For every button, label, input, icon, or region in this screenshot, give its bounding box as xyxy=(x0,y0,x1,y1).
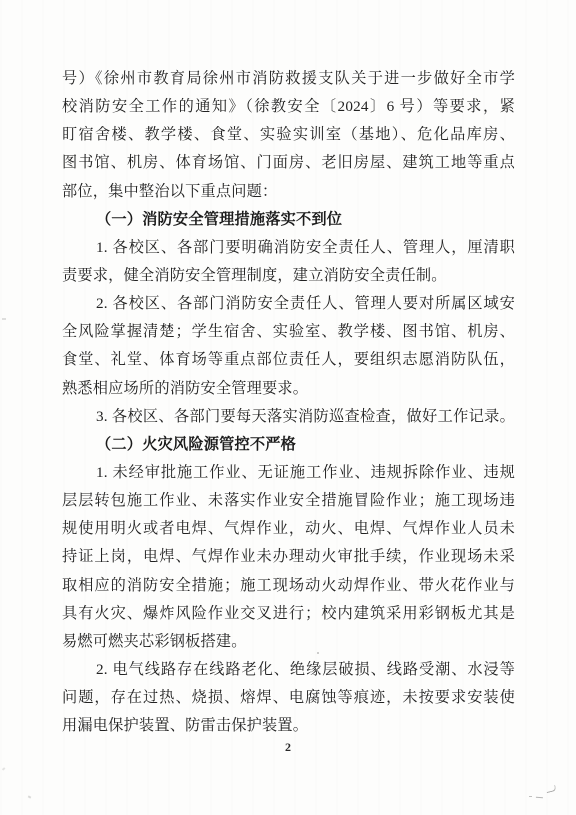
scan-artifact-squiggle xyxy=(536,795,543,798)
document-line: 具有火灾、爆炸风险作业交叉进行；校内建筑采用彩钢板尤其是 xyxy=(62,600,515,628)
document-line: 校消防安全工作的通知》（徐教安全〔2024〕6 号）等要求，紧 xyxy=(62,93,515,121)
document-line: 用漏电保护装置、防雷击保护装置。 xyxy=(62,712,515,740)
scan-artifact-speck xyxy=(28,795,32,798)
document-line: 熟悉相应场所的消防安全管理要求。 xyxy=(62,375,515,403)
document-line: 2. 电气线路存在线路老化、绝缘层破损、线路受潮、水浸等 xyxy=(62,656,515,684)
document-line: 2. 各校区、各部门消防安全责任人、管理人要对所属区域安 xyxy=(62,290,515,318)
document-line: 食堂、礼堂、体育场等重点部位责任人，要组织志愿消防队伍， xyxy=(62,346,515,374)
section-heading: （一）消防安全管理措施落实不到位 xyxy=(62,206,515,234)
scan-artifact-squiggle xyxy=(545,785,556,793)
document-line: 1. 各校区、各部门要明确消防安全责任人、管理人，厘清职 xyxy=(62,234,515,262)
document-line: 责要求，健全消防安全管理制度，建立消防安全责任制。 xyxy=(62,262,515,290)
scan-artifact-speck xyxy=(2,318,6,320)
document-line: 部位，集中整治以下重点问题： xyxy=(62,178,515,206)
document-line: 图书馆、机房、体育场馆、门面房、老旧房屋、建筑工地等重点 xyxy=(62,149,515,177)
document-body: 号）《徐州市教育局徐州市消防救援支队关于进一步做好全市学校消防安全工作的通知》（… xyxy=(62,65,515,740)
document-line: 持证上岗，电焊、气焊作业未办理动火审批手续，作业现场未采 xyxy=(62,543,515,571)
section-heading: （二）火灾风险源管控不严格 xyxy=(62,431,515,459)
scan-artifact-squiggle xyxy=(529,794,532,797)
document-line: 层层转包施工作业、未落实作业安全措施冒险作业；施工现场违 xyxy=(62,487,515,515)
document-line: 规使用明火或者电焊、气焊作业，动火、电焊、气焊作业人员未 xyxy=(62,515,515,543)
page-number: 2 xyxy=(0,740,576,755)
document-line: 取相应的消防安全措施；施工现场动火动焊作业、带火花作业与 xyxy=(62,572,515,600)
document-line: 全风险掌握清楚；学生宿舍、实验室、教学楼、图书馆、机房、 xyxy=(62,318,515,346)
document-line: 号）《徐州市教育局徐州市消防救援支队关于进一步做好全市学 xyxy=(62,65,515,93)
document-line: 易燃可燃夹芯彩钢板搭建。 xyxy=(62,628,515,656)
scan-artifact-speck xyxy=(2,767,5,770)
document-line: 3. 各校区、各部门要每天落实消防巡查检查，做好工作记录。 xyxy=(62,403,515,431)
document-line: 1. 未经审批施工作业、无证施工作业、违规拆除作业、违规 xyxy=(62,459,515,487)
document-page: 号）《徐州市教育局徐州市消防救援支队关于进一步做好全市学校消防安全工作的通知》（… xyxy=(0,0,576,815)
document-line: 问题，存在过热、烧损、熔焊、电腐蚀等痕迹，未按要求安装使 xyxy=(62,684,515,712)
document-line: 盯宿舍楼、教学楼、食堂、实验实训室（基地）、危化品库房、 xyxy=(62,121,515,149)
